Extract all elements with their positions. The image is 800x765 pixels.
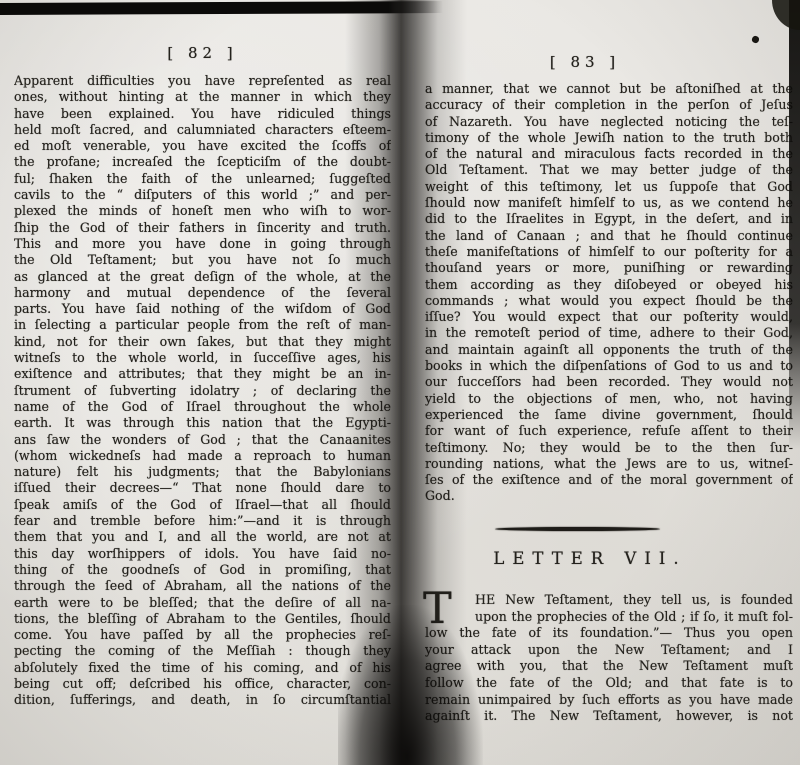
text-line: This and more you have done in going thr… — [14, 236, 391, 252]
text-line: ſpeak amiſs of the God of Iſrael—that al… — [14, 497, 391, 513]
text-line: them that you and I, and all the world, … — [14, 529, 391, 545]
text-line: through the ſeed of Abraham, all the nat… — [14, 578, 391, 594]
text-line: exiſtence and attributes; that they migh… — [14, 366, 391, 382]
top-scan-edge — [0, 1, 452, 15]
right-page-lines: a manner, that we cannot but be aſtoniſh… — [425, 81, 793, 488]
text-line: in ſelecting a particular people from th… — [14, 317, 391, 333]
text-line: a manner, that we cannot but be aſtoniſh… — [425, 81, 793, 97]
letter-heading: LETTER VII. — [425, 549, 793, 568]
text-line: iſſued their decrees—“ That none ſhould … — [14, 480, 391, 496]
text-line: remain unimpaired by ſuch efforts as you… — [425, 692, 793, 709]
text-line: in the remoteſt period of time, adhere t… — [425, 325, 793, 341]
text-line: tions, the bleſſing of Abraham to the Ge… — [14, 611, 391, 627]
text-line: weight of this teſtimony, let us ſuppoſe… — [425, 179, 793, 195]
paragraph-end-line: God. — [425, 488, 793, 504]
text-line: being cut off; deſcribed his office, cha… — [14, 676, 391, 692]
right-scan-edge — [789, 0, 800, 450]
left-page-text: Apparent difficulties you have repreſent… — [14, 73, 391, 709]
text-line: rounding nations, what the Jews are to u… — [425, 456, 793, 472]
dropcap-lines: HE New Teſtament, they tell us, is found… — [425, 592, 793, 625]
text-line: ſhip the God of their fathers in ſinceri… — [14, 220, 391, 236]
text-line: cavils to the “ diſputers of this world … — [14, 187, 391, 203]
text-line: dition, ſufferings, and death, in ſo cir… — [14, 692, 391, 708]
text-line: ſes of the exiſtence and of the moral go… — [425, 472, 793, 488]
text-line: of the natural and miraculous facts reco… — [425, 146, 793, 162]
text-line: theſe manifeſtations of himſelf to our p… — [425, 244, 793, 260]
text-line: HE New Teſtament, they tell us, is found… — [425, 592, 793, 609]
text-line: yield to the objections of men, who, not… — [425, 391, 793, 407]
letter-vii-paragraph: T HE New Teſtament, they tell us, is fou… — [425, 592, 793, 725]
page-number-right: [ 83 ] — [425, 53, 793, 71]
text-line: (whom wickedneſs had made a reproach to … — [14, 448, 391, 464]
text-line: agree with you, that the New Teſtament m… — [425, 658, 793, 675]
text-line: your attack upon the New Teſtament; and … — [425, 642, 793, 659]
text-line: againſt it. The New Teſtament, however, … — [425, 708, 793, 725]
ink-spot — [751, 35, 760, 44]
text-line: follow the fate of the Old; and that fat… — [425, 675, 793, 692]
text-line: Old Teſtament. That we may better judge … — [425, 162, 793, 178]
text-line: ed moſt venerable, you have excited the … — [14, 138, 391, 154]
text-line: fear and tremble before him:”—and it is … — [14, 513, 391, 529]
text-line: ones, without hinting at the manner in w… — [14, 89, 391, 105]
text-line: have been explained. You have ridiculed … — [14, 106, 391, 122]
text-line: parts. You have ſaid nothing of the wiſd… — [14, 301, 391, 317]
text-line: ful; ſhaken the faith of the unlearned; … — [14, 171, 391, 187]
text-line: this day worſhippers of idols. You have … — [14, 546, 391, 562]
text-line: and maintain againſt all opponents the t… — [425, 342, 793, 358]
text-line: timony of the whole Jewiſh nation to the… — [425, 130, 793, 146]
text-line: books in which the diſpenſations of God … — [425, 358, 793, 374]
text-line: upon the prophecies of the Old ; if ſo, … — [425, 609, 793, 626]
text-line: did to the Iſraelites in Egypt, in the d… — [425, 211, 793, 227]
text-line: plexed the minds of honeſt men who wiſh … — [14, 203, 391, 219]
text-line: iſſue? You would expect that our poſteri… — [425, 309, 793, 325]
text-line: the profane; increaſed the ſcepticiſm of… — [14, 154, 391, 170]
text-line: thouſand years or more, puniſhing or rew… — [425, 260, 793, 276]
text-line: kind, not for their own ſakes, but that … — [14, 334, 391, 350]
right-page-text: a manner, that we cannot but be aſtoniſh… — [425, 81, 793, 505]
text-line: as glanced at the great deſign of the wh… — [14, 269, 391, 285]
text-line: earth were to be bleſſed; that the deſir… — [14, 595, 391, 611]
text-line: thing of the goodneſs of God in promiſin… — [14, 562, 391, 578]
text-line: ans ſaw the wonders of God ; that the Ca… — [14, 432, 391, 448]
text-line: the Old Teſtament; but you have not ſo m… — [14, 252, 391, 268]
text-line: Apparent difficulties you have repreſent… — [14, 73, 391, 89]
text-line: the land of Canaan ; and that he ſhould … — [425, 228, 793, 244]
text-line: nature) felt his judgments; that the Bab… — [14, 464, 391, 480]
text-line: of Nazareth. You have neglected noticing… — [425, 114, 793, 130]
text-line: experienced the ſame divine government, … — [425, 407, 793, 423]
page-corner-mark — [772, 0, 800, 30]
text-line: them according as they diſobeyed or obey… — [425, 277, 793, 293]
text-line: our ſucceſſors had been recorded. They w… — [425, 374, 793, 390]
text-line: abſolutely fixed the time of his coming,… — [14, 660, 391, 676]
text-line: ſhould now manifeſt himſelf to us, as we… — [425, 195, 793, 211]
text-line: come. You have paſſed by all the prophec… — [14, 627, 391, 643]
text-line: commands ; what would you expect ſhould … — [425, 293, 793, 309]
text-line: held moſt ſacred, and calumniated charac… — [14, 122, 391, 138]
text-line: low the fate of its foundation.”— Thus y… — [425, 625, 793, 642]
text-line: witneſs to the whole world, in ſucceſſiv… — [14, 350, 391, 366]
drop-cap: T — [423, 589, 452, 629]
text-line: earth. It was through this nation that t… — [14, 415, 391, 431]
swelled-rule — [495, 527, 660, 531]
paragraph-lines: low the fate of its foundation.”— Thus y… — [425, 625, 793, 725]
text-line: ſtrument of ſubverting idolatry ; of dec… — [14, 383, 391, 399]
text-line: teſtimony. No; they would be to the then… — [425, 440, 793, 456]
text-line: for want of ſuch experience, refuſe aſſe… — [425, 423, 793, 439]
text-line: name of the God of Iſrael throughout the… — [14, 399, 391, 415]
text-line: harmony and mutual dependence of the ſev… — [14, 285, 391, 301]
page-number-left: [ 82 ] — [14, 44, 391, 62]
book-spread: [ 82 ] Apparent difficulties you have re… — [0, 0, 800, 765]
section-divider — [425, 527, 793, 531]
text-line: pecting the coming of the Meſſiah : thou… — [14, 643, 391, 659]
text-line: accuracy of their completion in the perſ… — [425, 97, 793, 113]
